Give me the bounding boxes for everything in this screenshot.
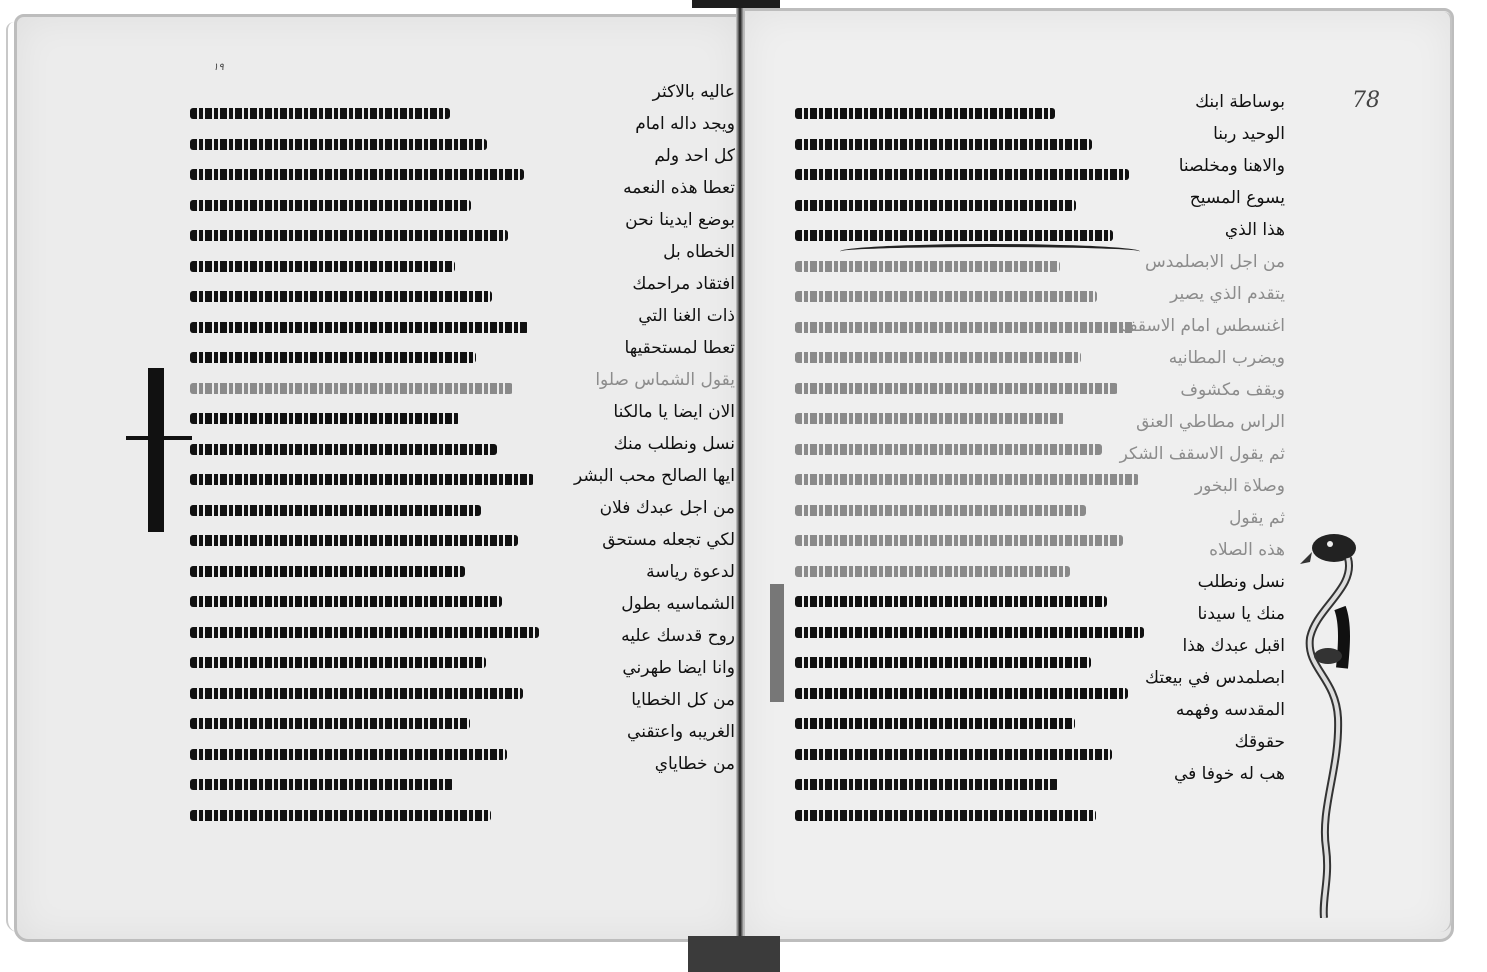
binding-bottom (688, 936, 780, 972)
arabic-line: هب له خوفا في (1120, 758, 1285, 790)
arabic-line: روح قدسك عليه (545, 620, 735, 652)
coptic-line (190, 615, 540, 646)
arabic-line: ويجد داله امام (545, 108, 735, 140)
right-decorated-initial (770, 584, 784, 702)
coptic-line (190, 310, 540, 341)
coptic-line (795, 493, 1125, 524)
coptic-line (795, 279, 1125, 310)
arabic-line: من اجل عبدك فلان (545, 492, 735, 524)
arabic-line: ذات الغنا التي (545, 300, 735, 332)
arabic-line: من كل الخطايا (545, 684, 735, 716)
arabic-line: افتقاد مراحمك (545, 268, 735, 300)
coptic-line (795, 676, 1125, 707)
coptic-line (190, 218, 540, 249)
coptic-line (795, 737, 1125, 768)
arabic-line: نسل ونطلب (1120, 566, 1285, 598)
arabic-line: والاهنا ومخلصنا (1120, 150, 1285, 182)
coptic-line (795, 96, 1125, 127)
coptic-line (795, 310, 1125, 341)
arabic-line: بوضع ايدينا نحن (545, 204, 735, 236)
coptic-line (190, 737, 540, 768)
coptic-line (190, 706, 540, 737)
coptic-line (190, 767, 540, 798)
coptic-line (190, 188, 540, 219)
arabic-line: اغنسطس امام الاسقف (1120, 310, 1285, 342)
arabic-line: من اجل الابصلمدس (1120, 246, 1285, 278)
arabic-line: منك يا سيدنا (1120, 598, 1285, 630)
coptic-line (795, 432, 1125, 463)
arabic-line: وصلاة البخور (1120, 470, 1285, 502)
right-coptic-column (795, 96, 1125, 828)
coptic-line (795, 554, 1125, 585)
coptic-line (190, 462, 540, 493)
arabic-line: ويقف مكشوف (1120, 374, 1285, 406)
bird-ornament-icon (1296, 528, 1366, 918)
coptic-line (190, 279, 540, 310)
coptic-line (795, 157, 1125, 188)
coptic-line (795, 584, 1125, 615)
coptic-line (795, 340, 1125, 371)
arabic-line: عاليه بالاكثر (545, 76, 735, 108)
arabic-line: تعطا لمستحقيها (545, 332, 735, 364)
arabic-line: حقوقك (1120, 726, 1285, 758)
arabic-line: هذا الذي (1120, 214, 1285, 246)
coptic-line (795, 798, 1125, 829)
coptic-line (795, 401, 1125, 432)
arabic-line: الشماسيه بطول (545, 588, 735, 620)
arabic-line: الوحيد ربنا (1120, 118, 1285, 150)
arabic-line: الان ايضا يا مالكنا (545, 396, 735, 428)
coptic-line (190, 340, 540, 371)
coptic-line (795, 127, 1125, 158)
coptic-line (795, 706, 1125, 737)
arabic-line: لكي تجعله مستحق (545, 524, 735, 556)
left-initial-crossbar (126, 436, 192, 440)
arabic-line: لدعوة رياسة (545, 556, 735, 588)
arabic-line: الراس مطاطي العنق (1120, 406, 1285, 438)
arabic-line: نسل ونطلب منك (545, 428, 735, 460)
arabic-line: ايها الصالح محب البشر (545, 460, 735, 492)
coptic-line (190, 523, 540, 554)
left-arabic-column: عاليه بالاكثرويجد داله امامكل احد ولمتعط… (545, 76, 735, 780)
coptic-line (795, 188, 1125, 219)
left-decorated-initial (148, 368, 164, 532)
coptic-line (190, 127, 540, 158)
arabic-line: وانا ايضا طهرني (545, 652, 735, 684)
coptic-line (795, 645, 1125, 676)
arabic-line: الخطاه بل (545, 236, 735, 268)
arabic-line: يسوع المسيح (1120, 182, 1285, 214)
right-folio-number: 78 (1352, 88, 1380, 113)
coptic-line (795, 371, 1125, 402)
left-folio-mark: ١٩ (213, 62, 224, 73)
coptic-line (190, 249, 540, 280)
arabic-line: يتقدم الذي يصير (1120, 278, 1285, 310)
coptic-line (795, 615, 1125, 646)
arabic-line: ثم يقول (1120, 502, 1285, 534)
arabic-line: بوساطة ابنك (1120, 86, 1285, 118)
coptic-line (190, 676, 540, 707)
section-divider (840, 244, 1140, 259)
coptic-line (190, 157, 540, 188)
arabic-line: هذه الصلاه (1120, 534, 1285, 566)
arabic-line: كل احد ولم (545, 140, 735, 172)
right-page-edges (1440, 12, 1452, 932)
arabic-line: ويضرب المطانيه (1120, 342, 1285, 374)
arabic-line: المقدسه وفهمه (1120, 694, 1285, 726)
coptic-line (190, 371, 540, 402)
coptic-line (190, 432, 540, 463)
coptic-line (190, 645, 540, 676)
book-gutter (736, 0, 744, 972)
left-coptic-column (190, 96, 540, 828)
coptic-line (795, 767, 1125, 798)
coptic-line (190, 798, 540, 829)
coptic-line (190, 96, 540, 127)
coptic-line (190, 584, 540, 615)
arabic-line: من خطاياي (545, 748, 735, 780)
coptic-line (190, 493, 540, 524)
binding-top (692, 0, 780, 8)
open-manuscript: ١٩ 78 عاليه بالاكثرويجد داله امامكل احد … (0, 0, 1487, 972)
coptic-line (190, 401, 540, 432)
coptic-line (795, 462, 1125, 493)
coptic-line (190, 554, 540, 585)
arabic-line: ثم يقول الاسقف الشكر (1120, 438, 1285, 470)
arabic-line: تعطا هذه النعمه (545, 172, 735, 204)
right-arabic-column: بوساطة ابنكالوحيد ربناوالاهنا ومخلصنايسو… (1120, 86, 1285, 790)
arabic-line: يقول الشماس صلوا (545, 364, 735, 396)
arabic-line: ابصلمدس في بيعتك (1120, 662, 1285, 694)
coptic-line (795, 523, 1125, 554)
arabic-line: اقبل عبدك هذا (1120, 630, 1285, 662)
arabic-line: الغريبه واعتقني (545, 716, 735, 748)
